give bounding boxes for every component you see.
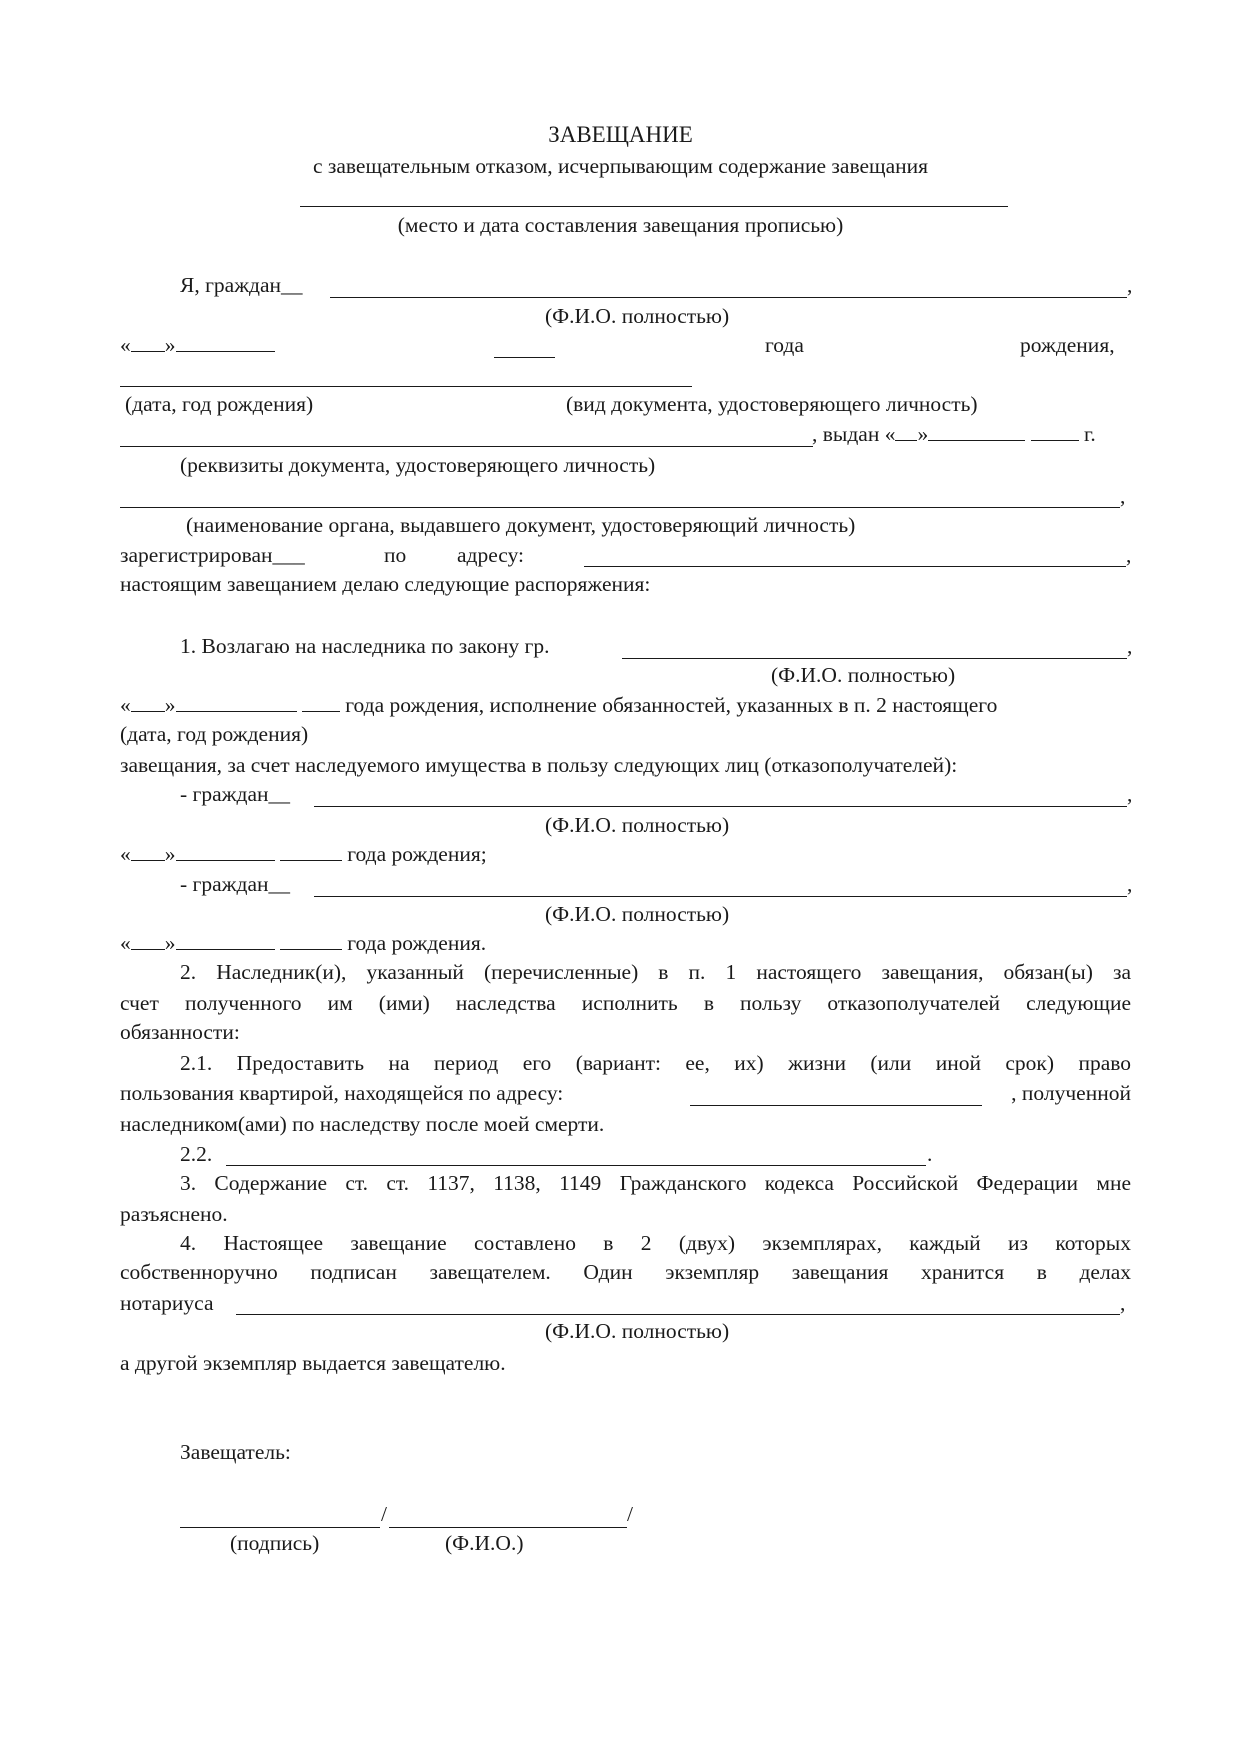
signature-field[interactable] (180, 1527, 380, 1528)
beneficiary-1-birth-line: «» года рождения; (120, 841, 487, 867)
beneficiary-2-birth-year-field[interactable] (280, 930, 342, 950)
beneficiary-2-fio-field[interactable] (314, 896, 1127, 897)
slash: / (381, 1501, 387, 1527)
beneficiary-2-prefix: - граждан__ (180, 871, 290, 897)
beneficiary-1-birth-day-field[interactable] (131, 841, 165, 861)
birth-text: года рождения. (347, 931, 486, 955)
beneficiary-1-birth-month-field[interactable] (176, 841, 275, 861)
birth-word: рождения, (1020, 332, 1115, 358)
address-word: адресу: (457, 542, 524, 568)
beneficiary-2-birth-day-field[interactable] (131, 930, 165, 950)
issuer-field[interactable] (120, 507, 1120, 508)
date-hint: (дата, год рождения) (120, 721, 308, 747)
beneficiary-2-birth-month-field[interactable] (176, 930, 275, 950)
disposals-text: настоящим завещанием делаю следующие рас… (120, 571, 650, 597)
heir-birth-month-field[interactable] (176, 692, 297, 712)
item2-1-line3: наследником(ами) по наследству после мое… (120, 1111, 604, 1137)
quote-close: » (165, 931, 176, 955)
comma: , (1127, 272, 1132, 298)
quote-close: » (165, 333, 176, 357)
id-document-details-field[interactable] (120, 446, 813, 447)
year-word: года (765, 332, 804, 358)
comma: , (1127, 633, 1132, 659)
issue-year-field[interactable] (1031, 421, 1079, 441)
notary-fio-field[interactable] (236, 1314, 1120, 1315)
comma: , (1127, 871, 1132, 897)
heir-birth-day-field[interactable] (131, 692, 165, 712)
beneficiary-1-birth-year-field[interactable] (280, 841, 342, 861)
doc-type-hint: (вид документа, удостоверяющего личность… (566, 391, 978, 417)
comma: , (1120, 483, 1125, 509)
item3-line1: 3. Содержание ст. ст. 1137, 1138, 1149 Г… (180, 1170, 1131, 1196)
document-subtitle: с завещательным отказом, исчерпывающим с… (0, 153, 1241, 179)
quote-close: » (165, 693, 176, 717)
birth-month-field[interactable] (176, 332, 275, 352)
item2-line1: 2. Наследник(и), указанный (перечисленны… (180, 959, 1131, 985)
signature-fio-hint: (Ф.И.О.) (445, 1530, 523, 1556)
fio-hint: (Ф.И.О. полностью) (545, 812, 729, 838)
item4-line2: собственноручно подписан завещателем. Од… (120, 1259, 1131, 1285)
registered-label: зарегистрирован___ (120, 542, 305, 568)
birth-text: года рождения; (347, 842, 486, 866)
date-hint: (дата, год рождения) (125, 391, 313, 417)
document-title: ЗАВЕЩАНИЕ (0, 122, 1241, 148)
comma: , (1127, 781, 1132, 807)
issue-day-field[interactable] (895, 421, 917, 441)
quote-open: « (120, 842, 131, 866)
registration-address-field[interactable] (584, 566, 1126, 567)
quote-open: « (120, 931, 131, 955)
i-citizen-label: Я, граждан__ (180, 272, 303, 298)
heir-birth-year-field[interactable] (302, 692, 340, 712)
item2-line3: обязанности: (120, 1019, 240, 1045)
quote-open: « (120, 693, 131, 717)
item2-2-field[interactable] (226, 1165, 926, 1166)
signature-fio-field[interactable] (389, 1527, 627, 1528)
fio-hint: (Ф.И.О. полностью) (545, 303, 729, 329)
item2-1-line1: 2.1. Предоставить на период его (вариант… (180, 1050, 1131, 1076)
item2-1-line2a: пользования квартирой, находящейся по ад… (120, 1080, 563, 1106)
comma: , (1120, 1290, 1125, 1316)
birth-day-field[interactable] (131, 332, 165, 352)
item2-2-label: 2.2. (180, 1141, 212, 1167)
item4-line4: а другой экземпляр выдается завещателю. (120, 1350, 506, 1376)
issue-month-field[interactable] (928, 421, 1025, 441)
place-date-hint: (место и дата составления завещания проп… (0, 212, 1241, 238)
birth-date-quote: «» (120, 332, 275, 358)
beneficiary-2-birth-line: «» года рождения. (120, 930, 486, 956)
testator-fio-field[interactable] (330, 297, 1127, 298)
place-date-field[interactable] (300, 206, 1008, 207)
item4-line1: 4. Настоящее завещание составлено в 2 (д… (180, 1230, 1131, 1256)
item4-line3: нотариуса (120, 1290, 214, 1316)
item3-line2: разъяснено. (120, 1201, 228, 1227)
quote-close: » (165, 842, 176, 866)
year-abbr: г. (1084, 422, 1096, 446)
quote-open: « (120, 333, 131, 357)
apartment-address-field[interactable] (690, 1105, 982, 1106)
quote-close: » (917, 422, 928, 446)
at-word: по (384, 542, 406, 568)
issuer-hint: (наименование органа, выдавшего документ… (186, 512, 855, 538)
doc-details-hint: (реквизиты документа, удостоверяющего ли… (180, 452, 655, 478)
testator-label: Завещатель: (180, 1439, 291, 1465)
heir-birth-text: года рождения, исполнение обязанностей, … (345, 693, 997, 717)
beneficiary-1-prefix: - граждан__ (180, 781, 290, 807)
item1-text: 1. Возлагаю на наследника по закону гр. (180, 633, 550, 659)
item2-line2: счет полученного им (ими) наследства исп… (120, 990, 1131, 1016)
signature-hint: (подпись) (230, 1530, 319, 1556)
beneficiary-1-fio-field[interactable] (314, 806, 1127, 807)
item1-continuation: завещания, за счет наследуемого имуществ… (120, 752, 957, 778)
heir-fio-field[interactable] (622, 658, 1127, 659)
heir-birth-line: «» года рождения, исполнение обязанносте… (120, 692, 997, 718)
comma: , (1126, 542, 1131, 568)
birth-year-field[interactable] (494, 357, 555, 358)
fio-hint: (Ф.И.О. полностью) (771, 662, 955, 688)
id-document-type-field[interactable] (120, 386, 692, 387)
issued-label: , выдан «» г. (812, 421, 1096, 447)
fio-hint: (Ф.И.О. полностью) (545, 901, 729, 927)
period: . (927, 1141, 932, 1167)
issued-text: , выдан « (812, 422, 895, 446)
slash: / (627, 1501, 633, 1527)
item2-1-line2b: , полученной (982, 1080, 1131, 1106)
fio-hint: (Ф.И.О. полностью) (545, 1318, 729, 1344)
